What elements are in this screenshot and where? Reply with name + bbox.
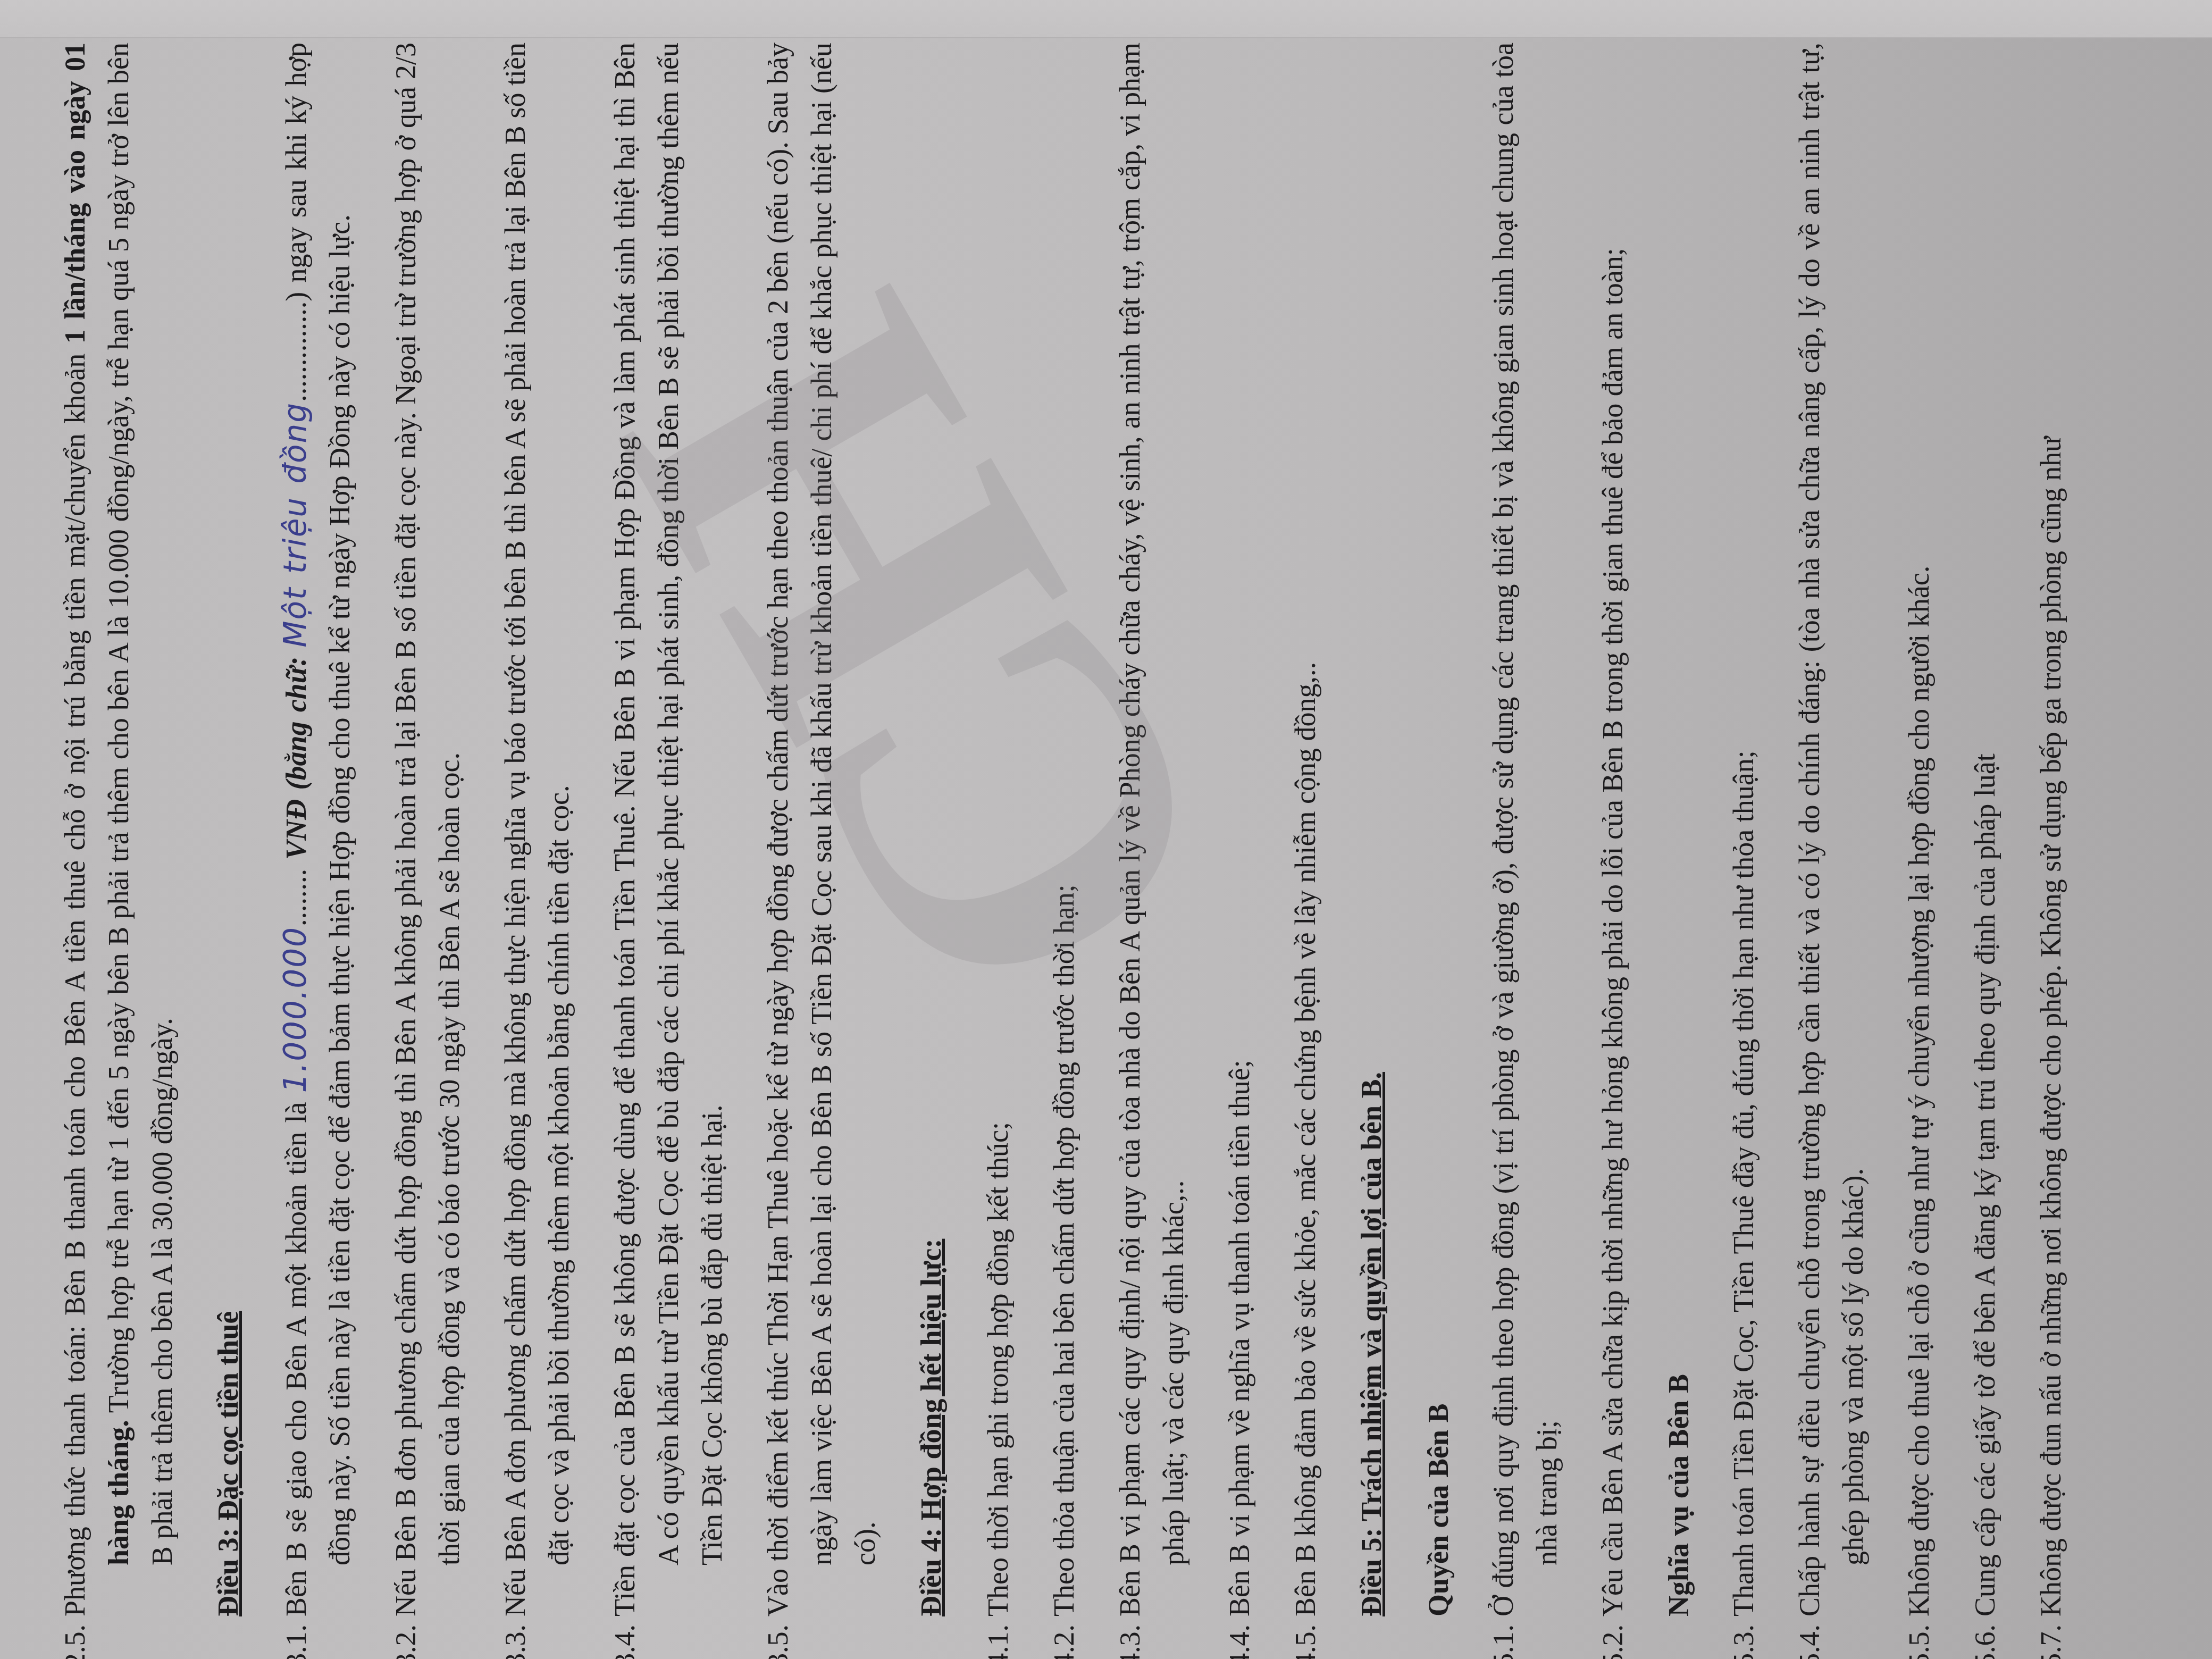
- clause-text: Chấp hành sự điều chuyển chỗ trong trườn…: [1794, 43, 1869, 1616]
- clause-text: Vào thời điểm kết thúc Thời Hạn Thuê hoặ…: [762, 43, 881, 1616]
- clause-5-2: 5.2. Yêu cầu Bên A sửa chữa kịp thời nhữ…: [1591, 43, 1635, 1616]
- clause-5-1: 5.1. Ở đúng nơi quy định theo hợp đồng (…: [1481, 43, 1569, 1616]
- clause-text: Phương thức thanh toán: Bên B thanh toán…: [59, 343, 91, 1616]
- clause-text: Thanh toán Tiền Đặt Cọc, Tiền Thuê đầy đ…: [1728, 750, 1759, 1616]
- clause-3-4: 3.4. Tiền đặt cọc của Bên B sẽ không đượ…: [603, 43, 734, 1616]
- clause-2-5: 2.5. Phương thức thanh toán: Bên B thanh…: [53, 43, 184, 1616]
- clause-text: Không được cho thuê lại chỗ ở cũng như t…: [1903, 566, 1935, 1616]
- section-heading: Điều 3: Đặc cọc tiền thuê: [206, 43, 250, 1616]
- handwritten-entry: 1.000.000: [277, 926, 313, 1093]
- contract-content: 2.5. Phương thức thanh toán: Bên B thanh…: [53, 43, 2073, 1616]
- clause-5-6: 5.6. Cung cấp các giấy tờ để bên A đăng …: [1963, 43, 2007, 1616]
- clause-text: Theo thỏa thuận của hai bên chấm dứt hợp…: [1048, 884, 1080, 1616]
- clause-5-4: 5.4. Chấp hành sự điều chuyển chỗ trong …: [1788, 43, 1875, 1616]
- clause-3-3: 3.3. Nếu Bên A đơn phương chấm dứt hợp đ…: [493, 43, 581, 1616]
- clause-text: Ở đúng nơi quy định theo hợp đồng (vị tr…: [1487, 43, 1563, 1616]
- clause-text: Không được đun nấu ở những nơi không đượ…: [2035, 437, 2067, 1616]
- subsection-heading: Nghĩa vụ của Bên B: [1657, 43, 1700, 1616]
- clause-text: Bên B vi phạm các quy định/ nội quy của …: [1114, 43, 1189, 1616]
- clause-text: Trường hợp trễ hạn từ 1 đến 5 ngày bên B…: [103, 43, 178, 1565]
- clause-text: Tiền đặt cọc của Bên B sẽ không được dùn…: [609, 43, 728, 1616]
- clause-4-2: 4.2. Theo thỏa thuận của hai bên chấm dứ…: [1042, 43, 1086, 1616]
- clause-5-5: 5.5. Không được cho thuê lại chỗ ở cũng …: [1897, 43, 1941, 1616]
- section-heading: Điều 4: Hợp đồng hết hiệu lực:: [909, 43, 953, 1616]
- clause-text: VNĐ (bằng chữ:: [280, 657, 312, 860]
- clause-3-2: 3.2. Nếu Bên B đơn phương chấm dứt hợp đ…: [384, 43, 471, 1616]
- paper-edge: [0, 0, 2212, 38]
- clause-text: Bên B không đảm bảo về sức khỏe, mắc các…: [1289, 662, 1321, 1616]
- clause-5-3: 5.3. Thanh toán Tiền Đặt Cọc, Tiền Thuê …: [1722, 43, 1765, 1616]
- clause-4-5: 4.5. Bên B không đảm bảo về sức khỏe, mắ…: [1284, 43, 1327, 1616]
- contract-page: CH 2.5. Phương thức thanh toán: Bên B th…: [53, 43, 2138, 1616]
- clause-text: Cung cấp các giấy tờ để bên A đăng ký tạ…: [1969, 753, 2001, 1616]
- clause-text: [280, 648, 312, 657]
- clause-text: Bên B vi phạm về nghĩa vụ thanh toán tiề…: [1224, 1060, 1255, 1616]
- clause-3-5: 3.5. Vào thời điểm kết thúc Thời Hạn Thu…: [756, 43, 887, 1616]
- clause-text: Nếu Bên B đơn phương chấm dứt hợp đồng t…: [390, 43, 465, 1616]
- clause-4-1: 4.1. Theo thời hạn ghi trong hợp đồng kế…: [976, 43, 1020, 1616]
- clause-text: Theo thời hạn ghi trong hợp đồng kết thú…: [982, 1122, 1014, 1616]
- handwritten-entry: Một triệu đồng: [277, 402, 313, 648]
- clause-text: Nếu Bên A đơn phương chấm dứt hợp đồng m…: [499, 43, 575, 1616]
- clause-text: Yêu cầu Bên A sửa chữa kịp thời những hư…: [1597, 248, 1629, 1616]
- clause-text: ........: [280, 860, 312, 926]
- section-heading: Điều 5: Trách nhiệm và quyền lợi của bên…: [1350, 43, 1393, 1616]
- subsection-heading: Quyền của Bên B: [1417, 43, 1460, 1616]
- clause-3-1: 3.1. Bên B sẽ giao cho Bên A một khoản t…: [273, 43, 362, 1616]
- clause-5-7: 5.7. Không được đun nấu ở những nơi khôn…: [2029, 43, 2073, 1616]
- clause-text: Bên B sẽ giao cho Bên A một khoản tiền l…: [280, 1093, 312, 1616]
- clause-4-3: 4.3. Bên B vi phạm các quy định/ nội quy…: [1108, 43, 1195, 1616]
- clause-4-4: 4.4. Bên B vi phạm về nghĩa vụ thanh toá…: [1218, 43, 1261, 1616]
